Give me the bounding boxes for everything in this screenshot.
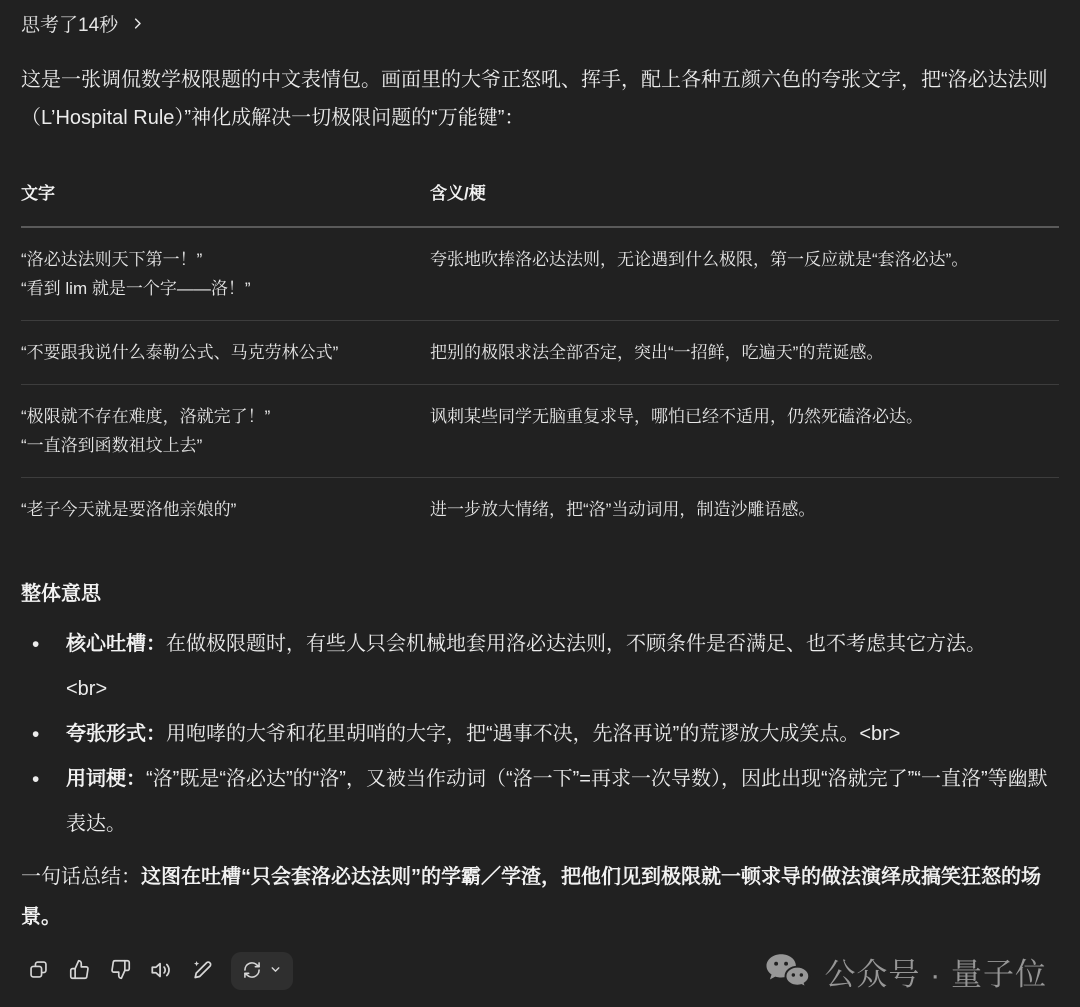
list-item: 夸张形式：用咆哮的大爷和花里胡哨的大字，把“遇事不决，先洛再说”的荒谬放大成笑点… [21, 712, 1059, 757]
regenerate-icon [242, 960, 262, 983]
watermark-text: 公众号 · 量子位 [824, 949, 1047, 994]
thumbs-down-icon [110, 959, 131, 983]
cell-text: “老子今天就是要洛他亲娘的” [21, 478, 430, 542]
table-header-row: 文字 含义/梗 [21, 177, 1059, 227]
list-item: 用词梗：“洛”既是“洛必达”的“洛”，又被当作动词（“洛一下”=再求一次导数），… [21, 757, 1059, 847]
edit-icon [191, 959, 213, 984]
section-title: 整体意思 [21, 577, 1059, 606]
cell-text: “不要跟我说什么泰勒公式、马克劳林公式” [21, 321, 430, 385]
cell-meaning: 讽刺某些同学无脑重复求导，哪怕已经不适用，仍然死磕洛必达。 [430, 385, 1059, 478]
read-aloud-button[interactable] [144, 954, 178, 988]
cell-meaning: 夸张地吹捧洛必达法则，无论遇到什么极限，第一反应就是“套洛必达”。 [430, 227, 1059, 321]
list-item: 核心吐槽：在做极限题时，有些人只会机械地套用洛必达法则，不顾条件是否满足、也不考… [21, 622, 1059, 712]
bullet-body: “洛”既是“洛必达”的“洛”，又被当作动词（“洛一下”=再求一次导数），因此出现… [66, 768, 1048, 835]
bullet-tail: <br> [66, 667, 1059, 712]
table-row: “洛必达法则天下第一！” “看到 lim 就是一个字——洛！” 夸张地吹捧洛必达… [21, 227, 1059, 321]
cell-line: “洛必达法则天下第一！” [21, 245, 390, 274]
edit-button[interactable] [185, 954, 219, 988]
thinking-duration-label: 思考了14秒 [21, 10, 118, 37]
summary-text: 这图在吐槽“只会套洛必达法则”的学霸／学渣，把他们见到极限就一顿求导的做法演绎成… [21, 866, 1041, 928]
response-footer: 公众号 · 量子位 [21, 949, 1059, 993]
regenerate-button[interactable] [231, 952, 293, 990]
cell-line: “极限就不存在难度，洛就完了！” [21, 402, 390, 431]
assistant-response: 思考了14秒 这是一张调侃数学极限题的中文表情包。画面里的大爷正怒吼、挥手，配上… [0, 0, 1080, 993]
bullet-term: 用词梗： [66, 768, 146, 790]
wechat-icon [765, 952, 811, 990]
bullet-list: 核心吐槽：在做极限题时，有些人只会机械地套用洛必达法则，不顾条件是否满足、也不考… [21, 622, 1059, 847]
copy-button[interactable] [21, 954, 55, 988]
table-row: “不要跟我说什么泰勒公式、马克劳林公式” 把别的极限求法全部否定，突出“一招鲜，… [21, 321, 1059, 385]
thumbs-down-button[interactable] [103, 954, 137, 988]
cell-line: “不要跟我说什么泰勒公式、马克劳林公式” [21, 338, 390, 367]
summary-prefix: 一句话总结： [21, 866, 141, 888]
copy-icon [28, 959, 49, 983]
watermark: 公众号 · 量子位 [765, 949, 1047, 994]
cell-meaning: 把别的极限求法全部否定，突出“一招鲜，吃遍天”的荒诞感。 [430, 321, 1059, 385]
read-aloud-icon [150, 959, 172, 984]
cell-text: “极限就不存在难度，洛就完了！” “一直洛到函数祖坟上去” [21, 385, 430, 478]
cell-meaning: 进一步放大情绪，把“洛”当动词用，制造沙雕语感。 [430, 478, 1059, 542]
table-row: “极限就不存在难度，洛就完了！” “一直洛到函数祖坟上去” 讽刺某些同学无脑重复… [21, 385, 1059, 478]
thumbs-up-icon [69, 959, 90, 983]
bullet-body: 用咆哮的大爷和花里胡哨的大字，把“遇事不决，先洛再说”的荒谬放大成笑点。<br> [166, 723, 900, 745]
summary-paragraph: 一句话总结：这图在吐槽“只会套洛必达法则”的学霸／学渣，把他们见到极限就一顿求导… [21, 857, 1059, 937]
bullet-term: 核心吐槽： [66, 633, 166, 655]
bullet-term: 夸张形式： [66, 723, 166, 745]
cell-line: “看到 lim 就是一个字——洛！” [21, 274, 390, 303]
table-header-meaning: 含义/梗 [430, 177, 1059, 227]
table-row: “老子今天就是要洛他亲娘的” 进一步放大情绪，把“洛”当动词用，制造沙雕语感。 [21, 478, 1059, 542]
cell-line: “老子今天就是要洛他亲娘的” [21, 495, 390, 524]
chevron-right-icon [130, 16, 145, 31]
chevron-down-icon [269, 963, 282, 979]
cell-line: “一直洛到函数祖坟上去” [21, 431, 390, 460]
cell-text: “洛必达法则天下第一！” “看到 lim 就是一个字——洛！” [21, 227, 430, 321]
thinking-duration-toggle[interactable]: 思考了14秒 [21, 10, 145, 37]
meme-table: 文字 含义/梗 “洛必达法则天下第一！” “看到 lim 就是一个字——洛！” … [21, 177, 1059, 541]
message-action-bar [21, 952, 293, 990]
table-header-text: 文字 [21, 177, 430, 227]
bullet-body: 在做极限题时，有些人只会机械地套用洛必达法则，不顾条件是否满足、也不考虑其它方法… [166, 633, 986, 655]
thumbs-up-button[interactable] [62, 954, 96, 988]
intro-paragraph: 这是一张调侃数学极限题的中文表情包。画面里的大爷正怒吼、挥手，配上各种五颜六色的… [21, 61, 1059, 137]
